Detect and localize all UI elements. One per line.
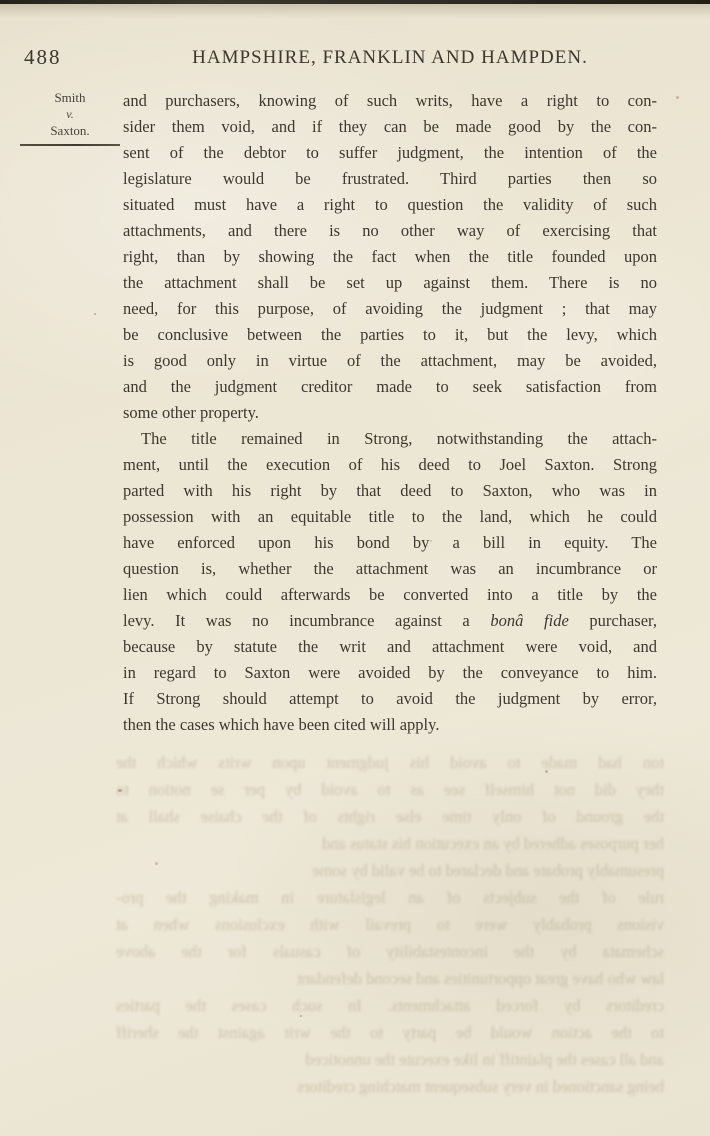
body-line: then the cases which have been cited wil… (123, 712, 657, 738)
body-line: ment, until the execution of his deed to… (123, 452, 657, 478)
body-line: in regard to Saxton were avoided by the … (123, 660, 657, 686)
bleedthrough-line: and all cases the plaintiff in like exec… (116, 1046, 664, 1073)
body-line: The title remained in Strong, notwithsta… (123, 426, 657, 452)
body-line: some other property. (123, 400, 657, 426)
book-page-scan: 488 HAMPSHIRE, FRANKLIN AND HAMPDEN. Smi… (0, 0, 710, 1136)
bleedthrough-line: visions probably were to prevail with ex… (116, 911, 664, 938)
bleedthrough-line: ton had made to avoid his judgment upon … (116, 749, 664, 776)
body-line: parted with his right by that deed to Sa… (123, 478, 657, 504)
bleedthrough-line: they did not himself see as to avoid by … (116, 776, 664, 803)
body-line-pre: levy. It was no incumbrance against a (123, 611, 490, 630)
bleedthrough-text: ton had made to avoid his judgment upon … (116, 749, 664, 1100)
bleedthrough-line: creditors by forced attachments. In such… (116, 992, 664, 1019)
body-line: question is, whether the attachment was … (123, 556, 657, 582)
running-title: HAMPSHIRE, FRANKLIN AND HAMPDEN. (123, 47, 657, 69)
bleedthrough-line: law who have great opportunities and sec… (116, 965, 664, 992)
bleedthrough-line: schemata by the incontestability of casu… (116, 938, 664, 965)
body-line: lien which could afterwards be converted… (123, 582, 657, 608)
paper-speck (607, 178, 610, 181)
bleedthrough-line: being sanctioned in very subsequent matc… (116, 1073, 664, 1100)
sidenote-rule (20, 144, 120, 146)
sidenote-case-name: Smith v. Saxton. (20, 89, 120, 146)
latin-phrase-italic: bonâ fide (490, 611, 568, 630)
paragraph-1: and purchasers, knowing of such writs, h… (123, 88, 657, 426)
bleedthrough-line: the ground of only time else rights of t… (116, 803, 664, 830)
body-line: If Strong should attempt to avoid the ju… (123, 686, 657, 712)
paper-speck (676, 96, 679, 99)
bleedthrough-line: rule of the subjects of an legislature i… (116, 884, 664, 911)
body-line-with-italic: levy. It was no incumbrance against a bo… (123, 608, 657, 634)
body-line: the attachment shall be set up against t… (123, 270, 657, 296)
sidenote-versus: v. (20, 106, 120, 122)
body-line: be conclusive between the parties to it,… (123, 322, 657, 348)
body-line: sent of the debtor to suffer judgment, t… (123, 140, 657, 166)
body-line: sider them void, and if they can be made… (123, 114, 657, 140)
paper-speck (545, 770, 548, 773)
sidenote-party2: Saxton. (20, 122, 120, 139)
body-line: attachments, and there is no other way o… (123, 218, 657, 244)
paragraph-2: The title remained in Strong, notwithsta… (123, 426, 657, 738)
body-line: need, for this purpose, of avoiding the … (123, 296, 657, 322)
paper-speck (430, 540, 432, 542)
paper-speck (300, 1015, 302, 1017)
page-number: 488 (24, 45, 62, 70)
body-line: is good only in virtue of the attachment… (123, 348, 657, 374)
bleedthrough-line: to the action would be party to the writ… (116, 1019, 664, 1046)
body-line: possession with an equitable title to th… (123, 504, 657, 530)
body-line: have enforced upon his bond by a bill in… (123, 530, 657, 556)
paper-speck (118, 789, 122, 792)
body-line-post: purchaser, (569, 611, 657, 630)
body-line: legislature would be frustrated. Third p… (123, 166, 657, 192)
body-line: right, than by showing the fact when the… (123, 244, 657, 270)
scan-edge-shadow (0, 4, 710, 18)
body-line: and purchasers, knowing of such writs, h… (123, 88, 657, 114)
paper-speck (94, 313, 96, 315)
paper-speck (155, 862, 158, 865)
body-line: situated must have a right to question t… (123, 192, 657, 218)
body-line: because by statute the writ and attachme… (123, 634, 657, 660)
bleedthrough-line: presumably probate and declared to be va… (116, 857, 664, 884)
body-line: and the judgment creditor made to seek s… (123, 374, 657, 400)
sidenote-party1: Smith (20, 89, 120, 106)
body-text: and purchasers, knowing of such writs, h… (123, 88, 657, 738)
bleedthrough-line: her purposes adhered by an execution his… (116, 830, 664, 857)
